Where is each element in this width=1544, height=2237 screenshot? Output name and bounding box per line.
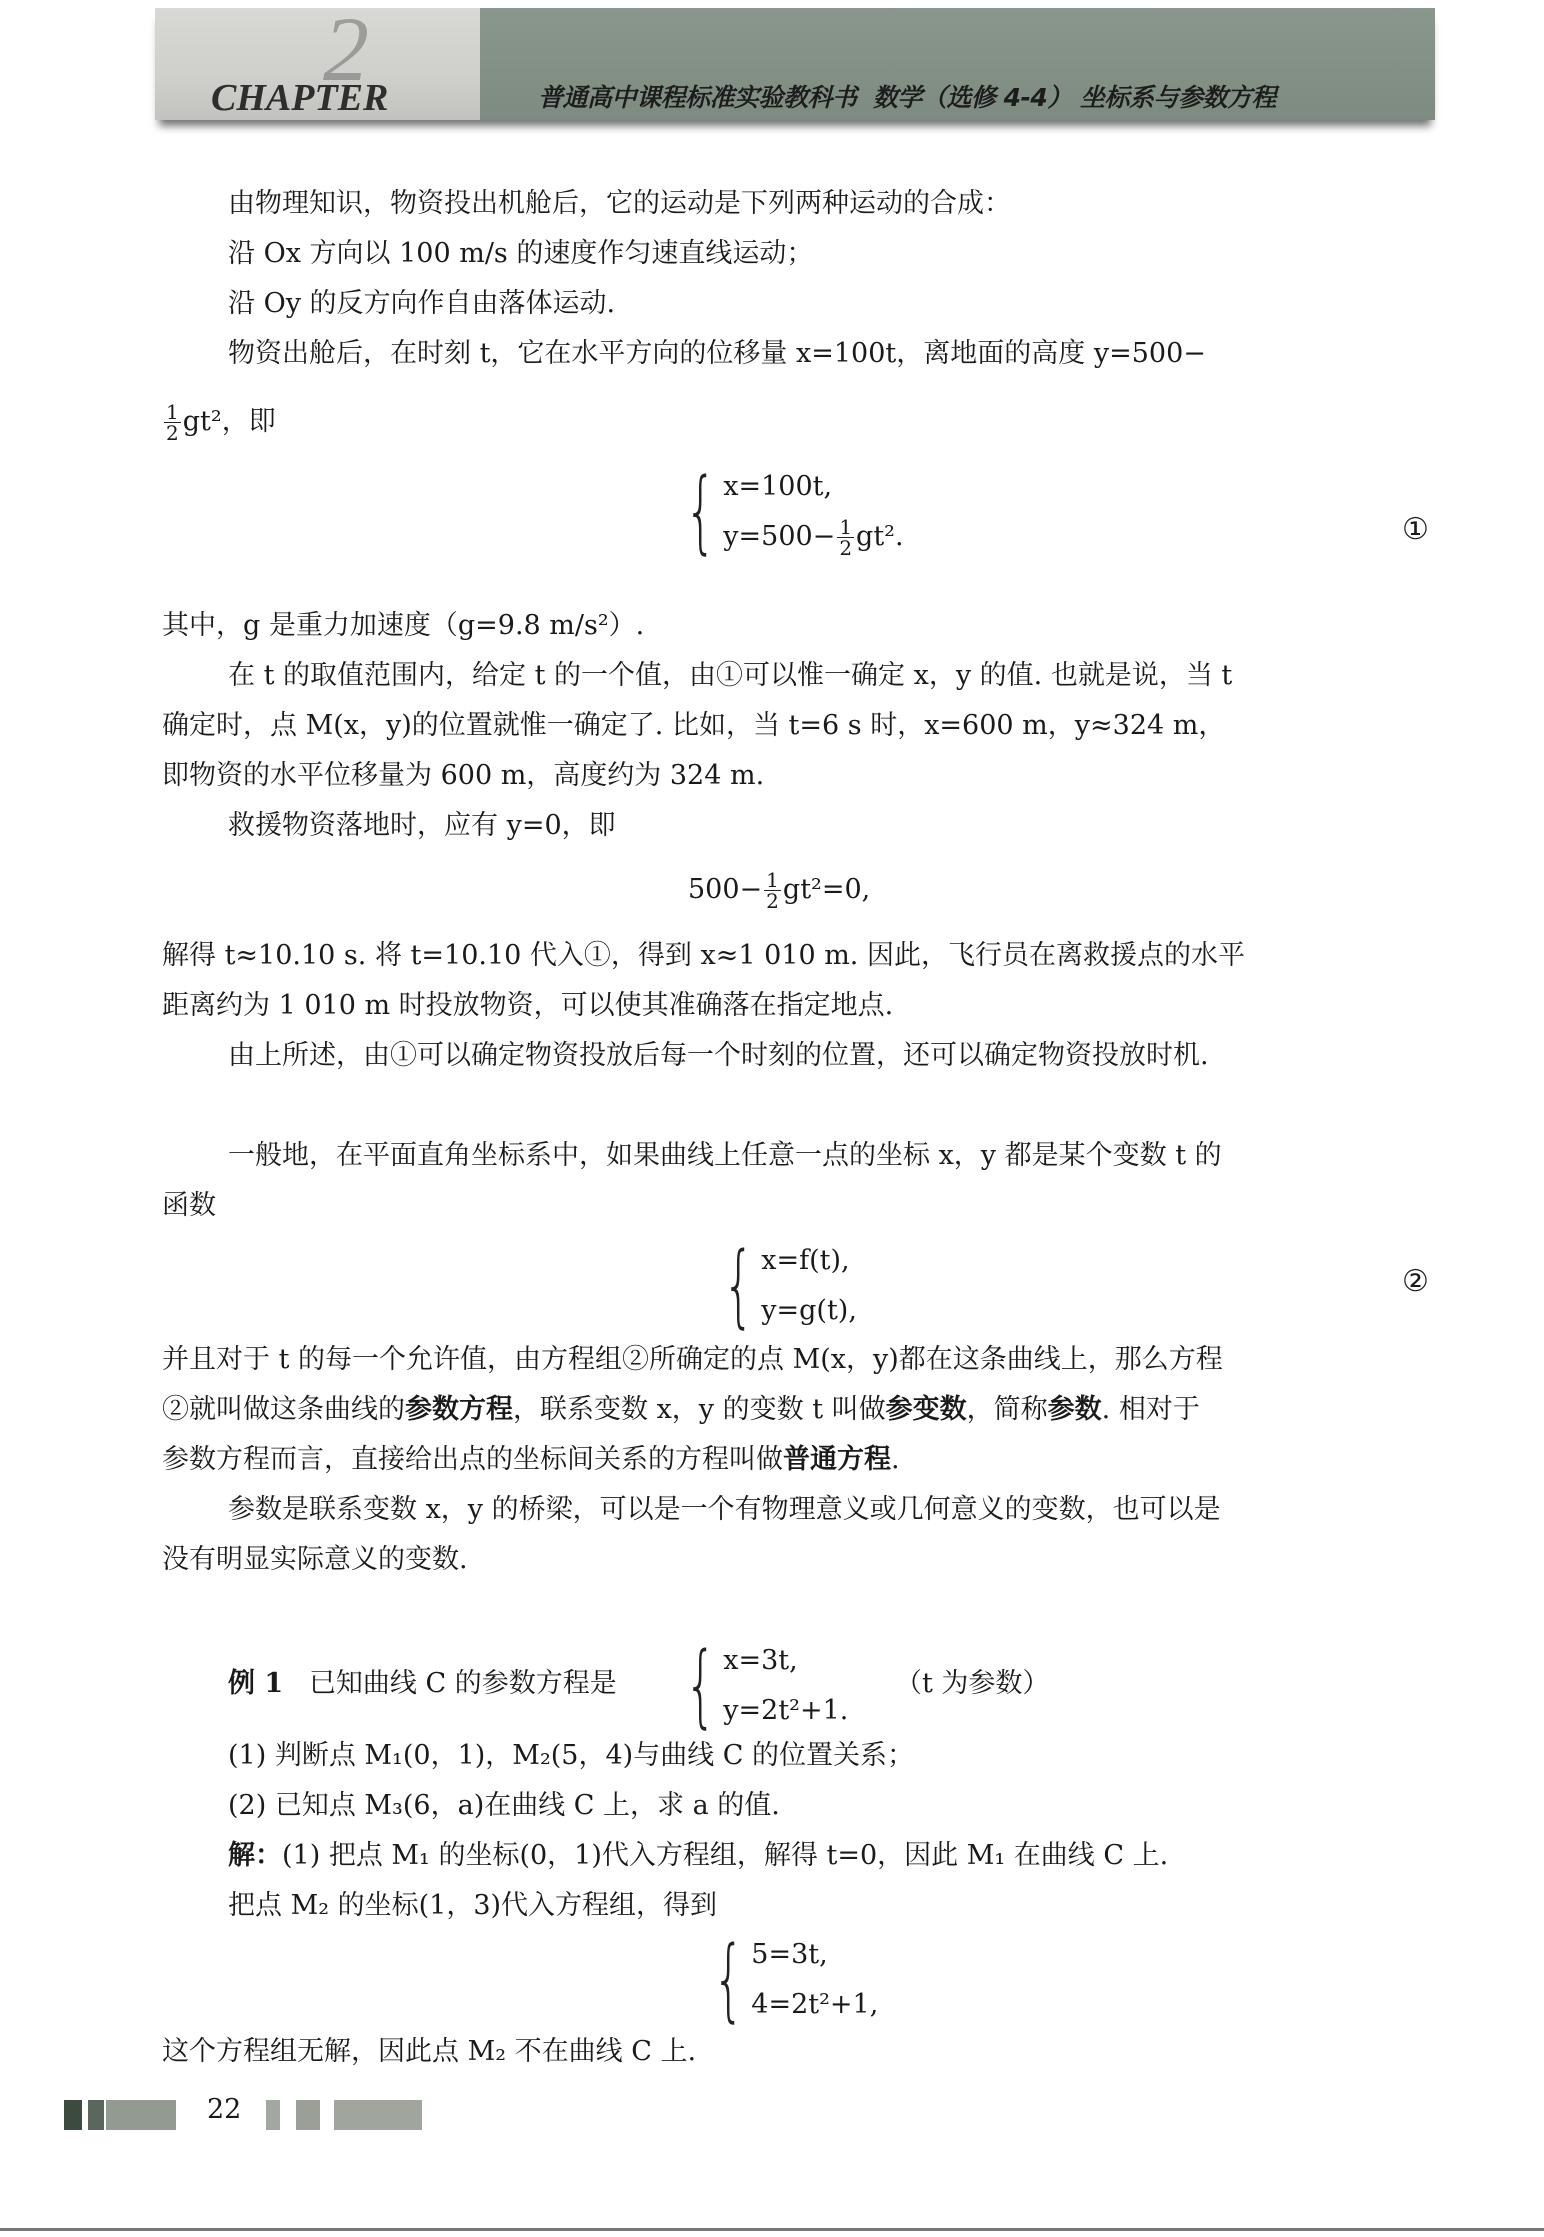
question-2: (2) 已知点 M₃(6，a)在曲线 C 上，求 a 的值. bbox=[228, 1786, 780, 1826]
solution-label: 解： bbox=[228, 1840, 282, 1871]
paragraph: 由上所述，由①可以确定物资投放后每一个时刻的位置，还可以确定物资投放时机. bbox=[228, 1036, 1209, 1076]
term-ordinary-equation: 普通方程 bbox=[783, 1444, 891, 1475]
landing-equation: 500−12gt²=0, bbox=[688, 870, 870, 911]
left-brace-icon: { bbox=[713, 1935, 744, 2025]
parameter-note: （t 为参数） bbox=[895, 1664, 1049, 1704]
paragraph: 确定时，点 M(x，y)的位置就惟一确定了. 比如，当 t=6 s 时，x=60… bbox=[162, 706, 1225, 746]
paragraph: 沿 Ox 方向以 100 m/s 的速度作匀速直线运动； bbox=[228, 234, 813, 274]
paragraph: 函数 bbox=[162, 1186, 216, 1226]
footer-bar bbox=[266, 2100, 280, 2130]
footer-bar bbox=[296, 2100, 320, 2130]
paragraph: 由物理知识，物资投出机舱后，它的运动是下列两种运动的合成： bbox=[228, 184, 1011, 224]
fraction-half: 12 bbox=[164, 402, 181, 443]
paragraph: 参数是联系变数 x，y 的桥梁，可以是一个有物理意义或几何意义的变数，也可以是 bbox=[228, 1490, 1221, 1530]
equation-system-2: { x=f(t), y=g(t), bbox=[710, 1236, 857, 1336]
paragraph: 并且对于 t 的每一个允许值，由方程组②所确定的点 M(x，y)都在这条曲线上，… bbox=[162, 1340, 1223, 1380]
footer-bar bbox=[106, 2100, 176, 2130]
paragraph: 物资出舱后，在时刻 t，它在水平方向的位移量 x=100t，离地面的高度 y=5… bbox=[228, 334, 1206, 374]
paragraph: 救援物资落地时，应有 y=0，即 bbox=[228, 806, 616, 846]
term-parameter-variable: 参变数 bbox=[886, 1394, 967, 1425]
paragraph: 在 t 的取值范围内，给定 t 的一个值，由①可以惟一确定 x，y 的值. 也就… bbox=[228, 656, 1232, 696]
chapter-label: CHAPTER bbox=[211, 76, 388, 120]
example-heading: 例 1 已知曲线 C 的参数方程是 bbox=[228, 1664, 617, 1704]
paragraph: 沿 Oy 的反方向作自由落体运动. bbox=[228, 284, 615, 324]
equation-tag-1: ① bbox=[1402, 512, 1429, 547]
book-title: 普通高中课程标准实验教科书 数学（选修 4-4） 坐标系与参数方程 bbox=[538, 78, 1276, 114]
term-parameter: 参数 bbox=[1048, 1394, 1102, 1425]
solution-conclusion: 这个方程组无解，因此点 M₂ 不在曲线 C 上. bbox=[162, 2032, 696, 2072]
paragraph: 没有明显实际意义的变数. bbox=[162, 1540, 468, 1580]
question-1: (1) 判断点 M₁(0，1)，M₂(5，4)与曲线 C 的位置关系； bbox=[228, 1736, 914, 1776]
footer-bar bbox=[334, 2100, 422, 2130]
chapter-block: 2 CHAPTER bbox=[155, 8, 480, 120]
paragraph-continued: 12gt²，即 bbox=[162, 402, 276, 443]
example-label: 例 1 bbox=[228, 1668, 283, 1699]
paragraph: 一般地，在平面直角坐标系中，如果曲线上任意一点的坐标 x，y 都是某个变数 t … bbox=[228, 1136, 1222, 1176]
paragraph: ②就叫做这条曲线的参数方程，联系变数 x，y 的变数 t 叫做参变数，简称参数.… bbox=[162, 1390, 1200, 1430]
solution-part-1: 解：(1) 把点 M₁ 的坐标(0，1)代入方程组，解得 t=0，因此 M₁ 在… bbox=[228, 1836, 1168, 1876]
paragraph: 解得 t≈10.10 s. 将 t=10.10 代入①，得到 x≈1 010 m… bbox=[162, 936, 1245, 976]
equation-tag-2: ② bbox=[1402, 1264, 1429, 1299]
left-brace-icon: { bbox=[723, 1241, 754, 1331]
solution-part-2: 把点 M₂ 的坐标(1，3)代入方程组，得到 bbox=[228, 1886, 717, 1926]
footer-bar bbox=[64, 2100, 82, 2130]
chapter-header-banner: 2 CHAPTER 普通高中课程标准实验教科书 数学（选修 4-4） 坐标系与参… bbox=[155, 8, 1435, 120]
term-parametric-equation: 参数方程 bbox=[405, 1394, 513, 1425]
example-system: { x=3t, y=2t²+1. bbox=[672, 1636, 848, 1736]
solution-system: { 5=3t, 4=2t²+1, bbox=[700, 1930, 878, 2030]
left-brace-icon: { bbox=[685, 467, 716, 557]
page-number: 22 bbox=[207, 2094, 241, 2125]
paragraph: 即物资的水平位移量为 600 m，高度约为 324 m. bbox=[162, 756, 764, 796]
page-bottom-edge bbox=[0, 2228, 1544, 2231]
equation-system-1: { x=100t, y=500−12gt². bbox=[672, 462, 904, 562]
book-title-block: 普通高中课程标准实验教科书 数学（选修 4-4） 坐标系与参数方程 bbox=[480, 8, 1435, 120]
paragraph: 其中，g 是重力加速度（g=9.8 m/s²）. bbox=[162, 606, 644, 646]
paragraph: 距离约为 1 010 m 时投放物资，可以使其准确落在指定地点. bbox=[162, 986, 893, 1026]
left-brace-icon: { bbox=[685, 1641, 716, 1731]
paragraph: 参数方程而言，直接给出点的坐标间关系的方程叫做普通方程. bbox=[162, 1440, 900, 1480]
footer-bar bbox=[88, 2100, 104, 2130]
